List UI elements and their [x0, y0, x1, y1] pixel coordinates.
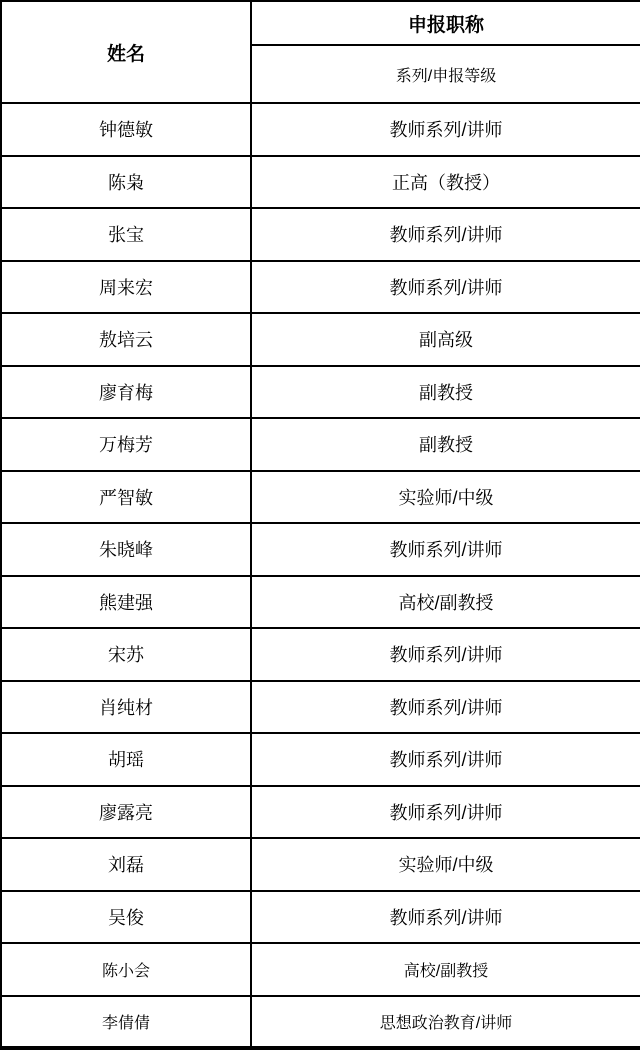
table-row: 敖培云副高级: [1, 313, 640, 366]
name-cell: 吴俊: [1, 891, 251, 944]
title-cell: 教师系列/讲师: [251, 261, 640, 314]
title-cell: 正高（教授）: [251, 156, 640, 209]
title-cell: 教师系列/讲师: [251, 628, 640, 681]
name-cell: 陈小会: [1, 943, 251, 996]
table-row: 陈枭正高（教授）: [1, 156, 640, 209]
table-row: 胡瑶教师系列/讲师: [1, 733, 640, 786]
header-row-1: 姓名 申报职称: [1, 1, 640, 45]
header-name-column: 姓名: [1, 1, 251, 103]
table-row: 廖育梅副教授: [1, 366, 640, 419]
title-cell: 思想政治教育/讲师: [251, 996, 640, 1049]
name-cell: 李倩倩: [1, 996, 251, 1049]
title-cell: 高校/副教授: [251, 576, 640, 629]
table-row: 陈小会高校/副教授: [1, 943, 640, 996]
name-cell: 敖培云: [1, 313, 251, 366]
name-cell: 廖育梅: [1, 366, 251, 419]
title-cell: 教师系列/讲师: [251, 103, 640, 156]
title-cell: 教师系列/讲师: [251, 733, 640, 786]
table-row: 万梅芳副教授: [1, 418, 640, 471]
table-header: 姓名 申报职称 系列/申报等级: [1, 1, 640, 103]
title-cell: 实验师/中级: [251, 471, 640, 524]
header-series-level: 系列/申报等级: [251, 45, 640, 103]
title-cell: 副教授: [251, 418, 640, 471]
title-cell: 高校/副教授: [251, 943, 640, 996]
name-cell: 胡瑶: [1, 733, 251, 786]
header-declared-title: 申报职称: [251, 1, 640, 45]
name-cell: 朱晓峰: [1, 523, 251, 576]
table-row: 廖露亮教师系列/讲师: [1, 786, 640, 839]
title-cell: 副高级: [251, 313, 640, 366]
name-cell: 严智敏: [1, 471, 251, 524]
table-row: 吴俊教师系列/讲师: [1, 891, 640, 944]
title-cell: 教师系列/讲师: [251, 681, 640, 734]
title-cell: 教师系列/讲师: [251, 208, 640, 261]
name-cell: 钟德敏: [1, 103, 251, 156]
table-body: 钟德敏教师系列/讲师陈枭正高（教授）张宝教师系列/讲师周来宏教师系列/讲师敖培云…: [1, 103, 640, 1048]
title-cell: 教师系列/讲师: [251, 891, 640, 944]
name-cell: 周来宏: [1, 261, 251, 314]
name-cell: 熊建强: [1, 576, 251, 629]
name-cell: 刘磊: [1, 838, 251, 891]
table-row: 李倩倩思想政治教育/讲师: [1, 996, 640, 1049]
name-cell: 宋苏: [1, 628, 251, 681]
name-cell: 陈枭: [1, 156, 251, 209]
title-cell: 教师系列/讲师: [251, 786, 640, 839]
title-cell: 实验师/中级: [251, 838, 640, 891]
title-declaration-table: 姓名 申报职称 系列/申报等级 钟德敏教师系列/讲师陈枭正高（教授）张宝教师系列…: [0, 0, 640, 1050]
table-row: 张宝教师系列/讲师: [1, 208, 640, 261]
name-cell: 廖露亮: [1, 786, 251, 839]
table-row: 熊建强高校/副教授: [1, 576, 640, 629]
table-row: 周来宏教师系列/讲师: [1, 261, 640, 314]
name-cell: 万梅芳: [1, 418, 251, 471]
table-row: 宋苏教师系列/讲师: [1, 628, 640, 681]
name-cell: 肖纯材: [1, 681, 251, 734]
title-cell: 教师系列/讲师: [251, 523, 640, 576]
table-row: 严智敏实验师/中级: [1, 471, 640, 524]
table-row: 朱晓峰教师系列/讲师: [1, 523, 640, 576]
table-row: 刘磊实验师/中级: [1, 838, 640, 891]
name-cell: 张宝: [1, 208, 251, 261]
table-row: 钟德敏教师系列/讲师: [1, 103, 640, 156]
table-row: 肖纯材教师系列/讲师: [1, 681, 640, 734]
title-cell: 副教授: [251, 366, 640, 419]
